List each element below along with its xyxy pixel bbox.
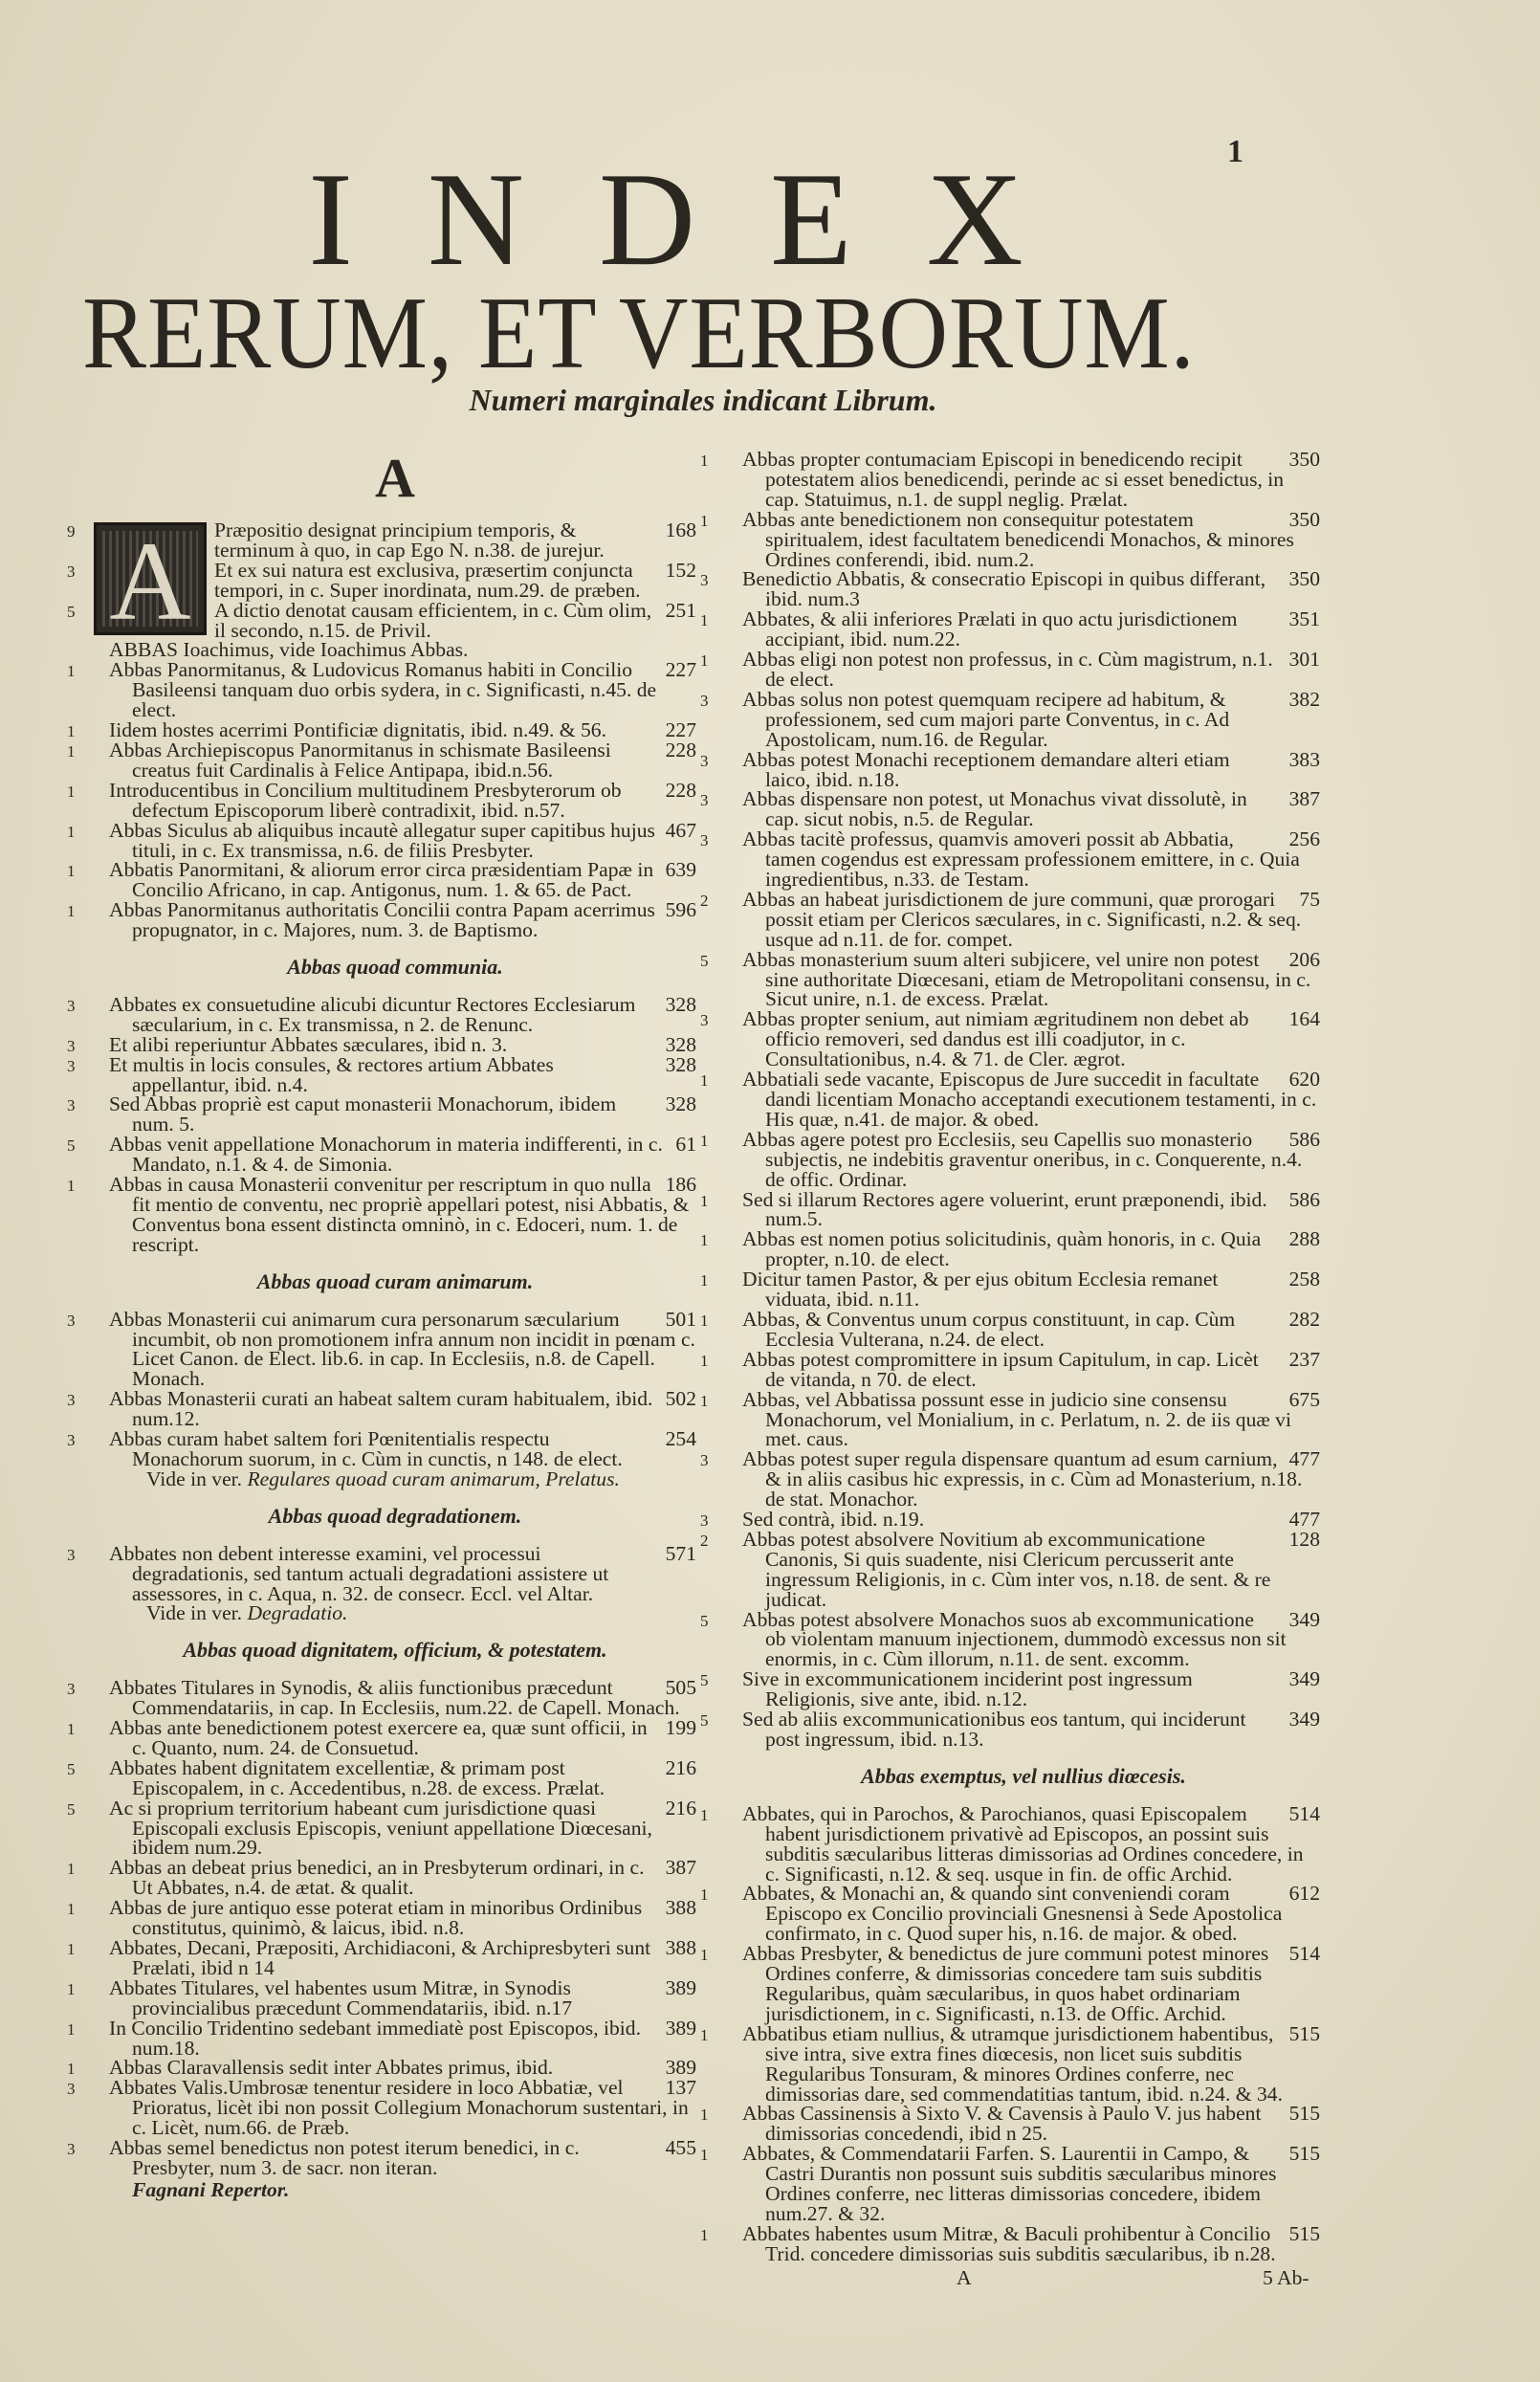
margin-book-number: 1: [700, 2106, 709, 2126]
page-reference: 389: [666, 2058, 696, 2078]
margin-book-number: 1: [700, 1071, 709, 1092]
entry-text: Abbas potest Monachi receptionem demanda…: [742, 748, 1230, 791]
page-reference: 514: [1289, 1944, 1320, 1964]
margin-book-number: 2: [700, 1532, 709, 1552]
index-entry: 3137Abbates Valis.Umbrosæ tenentur resid…: [94, 2078, 696, 2138]
index-entry: 5216Abbates habent dignitatem excellenti…: [94, 1758, 696, 1798]
index-entry: 1586Sed si illarum Rectores agere voluer…: [727, 1190, 1320, 1230]
index-entry: 1515Abbatibus etiam nullius, & utramque …: [727, 2024, 1320, 2105]
margin-book-number: 1: [700, 1946, 709, 1966]
page-reference: 186: [666, 1175, 696, 1195]
index-entry: 3328Et multis in locis consules, & recto…: [94, 1055, 696, 1095]
entry-text: Abbas Siculus ab aliquibus incautè alleg…: [109, 819, 655, 862]
margin-book-number: 1: [67, 862, 76, 882]
index-entry: 1228Introducentibus in Concilium multitu…: [94, 781, 696, 821]
margin-book-number: 1: [700, 2226, 709, 2246]
entry-text: Abbas dispensare non potest, ut Monachus…: [742, 787, 1247, 830]
entry-text: Abbas semel benedictus non potest iterum…: [109, 2136, 580, 2179]
index-entry: ABBAS Ioachimus, vide Ioachimus Abbas.: [94, 640, 696, 660]
margin-book-number: 1: [67, 2020, 76, 2040]
page-reference: 137: [666, 2078, 696, 2098]
entry-text: Abbas eligi non potest non professus, in…: [742, 648, 1273, 691]
entry-text: Abbas Archiepiscopus Panormitanus in sch…: [109, 739, 611, 782]
index-entry: 5349Sed ab aliis excommunicationibus eos…: [727, 1709, 1320, 1750]
margin-book-number: 3: [67, 1312, 76, 1332]
page-reference: 389: [666, 1978, 696, 1998]
entry-text: Abbatiali sede vacante, Episcopus de Jur…: [742, 1068, 1316, 1131]
section-heading: Abbas exemptus, vel nullius diœcesis.: [727, 1767, 1320, 1787]
page-reference: 477: [1289, 1510, 1320, 1530]
entry-text: Abbas tacitè professus, quamvis amoveri …: [742, 827, 1300, 891]
index-entry: 3571Abbates non debent interesse examini…: [94, 1544, 696, 1604]
section-heading: Abbas quoad dignitatem, officium, & pote…: [94, 1641, 696, 1661]
entry-text: Abbates habent dignitatem excellentiæ, &…: [109, 1756, 605, 1799]
margin-book-number: 1: [700, 1271, 709, 1291]
entry-text: Abbas, vel Abbatissa possunt esse in jud…: [742, 1388, 1291, 1451]
entry-text: Abbatibus etiam nullius, & utramque juri…: [742, 2022, 1283, 2106]
index-entry: 1301Abbas eligi non potest non professus…: [727, 650, 1320, 690]
page-reference: 515: [1289, 2104, 1320, 2124]
margin-book-number: 1: [67, 1900, 76, 1920]
page-reference: 505: [666, 1678, 696, 1698]
entry-text: Introducentibus in Concilium multitudine…: [109, 779, 622, 822]
page-title: INDEX: [0, 153, 1540, 287]
page-reference: 328: [666, 1055, 696, 1075]
margin-book-number: 2: [700, 892, 709, 912]
index-entry: 1350Abbas propter contumaciam Episcopi i…: [727, 450, 1320, 510]
catchwords: A 5 Ab-: [727, 2268, 1320, 2297]
margin-book-number: 1: [700, 452, 709, 472]
margin-book-number: 1: [67, 1720, 76, 1740]
entry-text: Sive in excommunicationem inciderint pos…: [742, 1667, 1193, 1710]
page-reference: 586: [1289, 1190, 1320, 1210]
entry-text: Benedictio Abbatis, & consecratio Episco…: [742, 567, 1265, 610]
index-entry: 1515Abbas Cassinensis à Sixto V. & Caven…: [727, 2104, 1320, 2144]
page-reference: 349: [1289, 1709, 1320, 1730]
entry-text: Abbates, & Monachi an, & quando sint con…: [742, 1882, 1282, 1945]
page-reference: 388: [666, 1898, 696, 1918]
page-reference: 216: [666, 1758, 696, 1778]
page-reference: 455: [666, 2138, 696, 2158]
margin-book-number: 3: [67, 1680, 76, 1700]
page-reference: 389: [666, 2018, 696, 2039]
entry-text: Abbates, & alii inferiores Prælati in qu…: [742, 607, 1238, 651]
index-entry: 1350Abbas ante benedictionem non consequ…: [727, 510, 1320, 570]
page-reference: 502: [666, 1389, 696, 1409]
entry-text: Sed si illarum Rectores agere voluerint,…: [742, 1188, 1267, 1231]
margin-book-number: 1: [700, 651, 709, 672]
section-heading: Abbas quoad curam animarum.: [94, 1272, 696, 1292]
margin-book-number: 1: [700, 1132, 709, 1152]
page-reference: 349: [1289, 1610, 1320, 1630]
page-reference: 501: [666, 1310, 696, 1330]
margin-book-number: 1: [700, 1392, 709, 1412]
index-entry: 3387Abbas dispensare non potest, ut Mona…: [727, 789, 1320, 829]
entry-text: Abbas propter senium, aut nimiam ægritud…: [742, 1007, 1249, 1070]
entry-text: Abbas monasterium suum alteri subjicere,…: [742, 948, 1310, 1011]
margin-book-number: 1: [700, 1806, 709, 1826]
margin-book-number: 1: [67, 662, 76, 682]
margin-book-number: 1: [67, 783, 76, 803]
page-reference: 383: [1289, 750, 1320, 770]
section-heading: Abbas quoad degradationem.: [94, 1507, 696, 1527]
margin-book-number: 1: [67, 823, 76, 843]
page-reference: 620: [1289, 1070, 1320, 1090]
page-reference: 639: [666, 860, 696, 880]
entry-text: Abbas de jure antiquo esse poterat etiam…: [109, 1896, 642, 1939]
footer-signature: Fagnani Repertor.: [94, 2180, 696, 2200]
index-entry: 1515Abbates, & Commendatarii Farfen. S. …: [727, 2144, 1320, 2224]
index-entry: 3152Et ex sui natura est exclusiva, præs…: [94, 561, 696, 601]
index-entry: 1389Abbas Claravallensis sedit inter Abb…: [94, 2058, 696, 2078]
index-entry: 1258Dicitur tamen Pastor, & per ejus obi…: [727, 1269, 1320, 1310]
margin-book-number: 3: [700, 1451, 709, 1471]
page-reference: 227: [666, 660, 696, 680]
page-reference: 227: [666, 720, 696, 740]
margin-book-number: 3: [67, 1096, 76, 1116]
index-entry: 1514Abbas Presbyter, & benedictus de jur…: [727, 1944, 1320, 2024]
index-entry: 1388Abbas de jure antiquo esse poterat e…: [94, 1898, 696, 1938]
margin-book-number: 3: [67, 1391, 76, 1411]
entry-text: Abbas curam habet saltem fori Pœnitentia…: [109, 1427, 623, 1470]
index-entry: 3382Abbas solus non potest quemquam reci…: [727, 690, 1320, 750]
margin-book-number: 5: [67, 1800, 76, 1820]
letter-heading: A: [94, 450, 696, 507]
page-reference: 216: [666, 1798, 696, 1819]
entry-text: Abbates, & Commendatarii Farfen. S. Laur…: [742, 2142, 1276, 2225]
page-reference: 387: [1289, 789, 1320, 809]
page-reference: 350: [1289, 510, 1320, 530]
entry-text: Abbas, & Conventus unum corpus constituu…: [742, 1308, 1235, 1351]
entry-text: Abbas an habeat jurisdictionem de jure c…: [742, 888, 1301, 951]
entry-text: Sed ab aliis excommunicationibus eos tan…: [742, 1708, 1246, 1751]
page-reference: 350: [1289, 450, 1320, 470]
page-reference: 237: [1289, 1350, 1320, 1370]
page-reference: 586: [1289, 1130, 1320, 1150]
margin-book-number: 3: [67, 1546, 76, 1566]
index-entry: 1596Abbas Panormitanus authoritatis Conc…: [94, 900, 696, 940]
entry-text: Abbas Monasterii cui animarum cura perso…: [109, 1308, 695, 1391]
margin-book-number: 1: [67, 722, 76, 742]
margin-book-number: 1: [67, 1860, 76, 1880]
entry-text: Abbates Valis.Umbrosæ tenentur residere …: [109, 2076, 689, 2139]
entry-text: Abbates Titulares, vel habentes usum Mit…: [109, 1976, 572, 2019]
index-entry: 3254Abbas curam habet saltem fori Pœnite…: [94, 1429, 696, 1469]
page-subtitle: RERUM, ET VERBORUM.: [65, 282, 1213, 386]
index-entry: 3350Benedictio Abbatis, & consecratio Ep…: [727, 569, 1320, 609]
margin-book-number: 5: [67, 1760, 76, 1780]
entry-text: Abbas potest compromittere in ipsum Capi…: [742, 1348, 1259, 1391]
page-reference: 328: [666, 1094, 696, 1114]
page-reference: 350: [1289, 569, 1320, 589]
intro-block: A 9168Præpositio designat principium tem…: [94, 520, 696, 640]
margin-book-number: 3: [67, 562, 76, 583]
entry-text: Abbas venit appellatione Monachorum in m…: [109, 1133, 663, 1176]
index-entry: 3328Abbates ex consuetudine alicubi dicu…: [94, 995, 696, 1035]
page-reference: 128: [1289, 1530, 1320, 1550]
page-reference: 168: [666, 520, 696, 540]
margin-book-number: 5: [700, 1612, 709, 1632]
margin-book-number: 3: [700, 692, 709, 712]
index-entry: 2128Abbas potest absolvere Novitium ab e…: [727, 1530, 1320, 1610]
entry-text: Et ex sui natura est exclusiva, præserti…: [214, 559, 641, 602]
margin-book-number: 1: [700, 2146, 709, 2166]
margin-book-number: 1: [67, 902, 76, 922]
page-reference: 282: [1289, 1310, 1320, 1330]
entry-text: In Concilio Tridentino sedebant immediat…: [109, 2017, 641, 2060]
margin-book-number: 1: [67, 742, 76, 762]
page-reference: 301: [1289, 650, 1320, 670]
entry-text: Abbates, qui in Parochos, & Parochianos,…: [742, 1802, 1304, 1886]
entry-text: Abbas Cassinensis à Sixto V. & Cavensis …: [742, 2102, 1261, 2145]
margin-book-number: 1: [67, 2060, 76, 2080]
entry-text: Abbas ante benedictionem potest exercere…: [109, 1716, 648, 1759]
index-entry: 9168Præpositio designat principium tempo…: [94, 520, 696, 561]
margin-book-number: 1: [67, 1980, 76, 2000]
index-entry: 5349Sive in excommunicationem inciderint…: [727, 1669, 1320, 1709]
entry-text: Abbates non debent interesse examini, ve…: [109, 1542, 608, 1605]
index-entry: 3383Abbas potest Monachi receptionem dem…: [727, 750, 1320, 790]
entry-text: Abbatis Panormitani, & aliorum error cir…: [109, 858, 653, 901]
margin-book-number: 3: [67, 1037, 76, 1057]
index-entry: 3477Abbas potest super regula dispensare…: [727, 1449, 1320, 1510]
index-entry: 1387Abbas an debeat prius benedici, an i…: [94, 1858, 696, 1898]
index-entry: 5206Abbas monasterium suum alteri subjic…: [727, 950, 1320, 1010]
margin-book-number: 1: [700, 611, 709, 631]
index-entry: 3501Abbas Monasterii cui animarum cura p…: [94, 1310, 696, 1390]
margin-book-number: 3: [67, 2140, 76, 2160]
entry-text: Abbas ante benedictionem non consequitur…: [742, 508, 1294, 571]
margin-book-number: 5: [700, 1711, 709, 1731]
margin-book-number: 1: [700, 1231, 709, 1251]
entry-text: Et multis in locis consules, & rectores …: [109, 1053, 554, 1096]
index-entry: 561Abbas venit appellatione Monachorum i…: [94, 1135, 696, 1175]
index-entry: 3328Et alibi reperiuntur Abbates sæcular…: [94, 1035, 696, 1055]
margin-book-number: 9: [67, 522, 76, 542]
entry-text: Dicitur tamen Pastor, & per ejus obitum …: [742, 1268, 1218, 1311]
margin-book-number: 3: [67, 997, 76, 1017]
page-reference: 596: [666, 900, 696, 920]
page-reference: 228: [666, 740, 696, 761]
left-column: A A 9168Præpositio designat principium t…: [94, 450, 696, 2200]
margin-book-number: 1: [700, 1312, 709, 1332]
margin-book-number: 3: [700, 791, 709, 811]
page-reference: 387: [666, 1858, 696, 1878]
index-entry: 1612Abbates, & Monachi an, & quando sint…: [727, 1884, 1320, 1944]
index-entry: 1639Abbatis Panormitani, & aliorum error…: [94, 860, 696, 900]
entry-text: Abbas Presbyter, & benedictus de jure co…: [742, 1942, 1268, 2025]
page-reference: 388: [666, 1938, 696, 1958]
page-reference: 328: [666, 995, 696, 1015]
margin-book-number: 5: [700, 1671, 709, 1691]
page-reference: 515: [1289, 2024, 1320, 2044]
index-entry: 1515Abbates habentes usum Mitræ, & Bacul…: [727, 2224, 1320, 2264]
entry-text: Abbates habentes usum Mitræ, & Baculi pr…: [742, 2222, 1276, 2265]
entry-text: Abbas solus non potest quemquam recipere…: [742, 688, 1229, 751]
margin-book-number: 5: [700, 952, 709, 972]
index-entry: 1227Iidem hostes acerrimi Pontificiæ dig…: [94, 720, 696, 740]
index-entry: 1467Abbas Siculus ab aliquibus incautè a…: [94, 821, 696, 861]
entry-text: Abbas Monasterii curati an habeat saltem…: [109, 1387, 652, 1430]
index-entry: 1586Abbas agere potest pro Ecclesiis, se…: [727, 1130, 1320, 1190]
index-entry: 275Abbas an habeat jurisdictionem de jur…: [727, 890, 1320, 950]
page-reference: 571: [666, 1544, 696, 1564]
index-entry: 1675Abbas, vel Abbatissa possunt esse in…: [727, 1390, 1320, 1450]
see-also-reference: Vide in ver. Regulares quoad curam anima…: [94, 1469, 696, 1489]
page-reference: 254: [666, 1429, 696, 1449]
index-entry: 3328Sed Abbas propriè est caput monaster…: [94, 1094, 696, 1135]
margin-book-number: 3: [67, 2080, 76, 2100]
index-entry: 1351Abbates, & alii inferiores Prælati i…: [727, 609, 1320, 650]
margin-book-number: 1: [700, 1352, 709, 1372]
abbas-entries: ABBAS Ioachimus, vide Ioachimus Abbas.12…: [94, 640, 696, 940]
margin-book-number: 1: [700, 1192, 709, 1212]
entry-text: A dictio denotat causam efficientem, in …: [214, 599, 651, 642]
intro-entries: 9168Præpositio designat principium tempo…: [94, 520, 696, 640]
entry-text: Ac si proprium territorium habeant cum j…: [109, 1797, 652, 1860]
page-reference: 382: [1289, 690, 1320, 710]
entry-text: Abbas Panormitanus, & Ludovicus Romanus …: [109, 658, 656, 721]
right-entries: 1350Abbas propter contumaciam Episcopi i…: [727, 450, 1320, 1750]
margin-book-number: 3: [700, 752, 709, 772]
page-reference: 467: [666, 821, 696, 841]
index-entry: 1282Abbas, & Conventus unum corpus const…: [727, 1310, 1320, 1350]
right-column: 1350Abbas propter contumaciam Episcopi i…: [727, 450, 1320, 2297]
page-reference: 164: [1289, 1009, 1320, 1029]
index-entry: 1227Abbas Panormitanus, & Ludovicus Roma…: [94, 660, 696, 720]
index-entry: 3502Abbas Monasterii curati an habeat sa…: [94, 1389, 696, 1429]
index-entry: 1288Abbas est nomen potius solicitudinis…: [727, 1229, 1320, 1269]
page-reference: 228: [666, 781, 696, 801]
margin-book-number: 1: [67, 1940, 76, 1960]
catchword: 5 Ab-: [1263, 2268, 1309, 2288]
index-entry: 1388Abbates, Decani, Præpositi, Archidia…: [94, 1938, 696, 1978]
page-reference: 152: [666, 561, 696, 581]
section-heading: Abbas quoad communia.: [94, 958, 696, 978]
index-entry: 3164Abbas propter senium, aut nimiam ægr…: [727, 1009, 1320, 1070]
margin-book-number: 3: [700, 571, 709, 591]
index-entry: 5251A dictio denotat causam efficientem,…: [94, 601, 696, 641]
page-reference: 515: [1289, 2224, 1320, 2244]
margin-book-number: 1: [700, 512, 709, 532]
page-reference: 349: [1289, 1669, 1320, 1689]
entry-text: Abbas propter contumaciam Episcopi in be…: [742, 448, 1284, 511]
page-reference: 199: [666, 1718, 696, 1738]
page-reference: 61: [675, 1135, 696, 1155]
entry-text: Abbas potest absolvere Monachos suos ab …: [742, 1608, 1287, 1671]
page-reference: 477: [1289, 1449, 1320, 1469]
page-reference: 251: [666, 601, 696, 621]
index-entry: 1228Abbas Archiepiscopus Panormitanus in…: [94, 740, 696, 781]
right-section-entries: 1514Abbates, qui in Parochos, & Parochia…: [727, 1804, 1320, 2264]
index-entry: 1237Abbas potest compromittere in ipsum …: [727, 1350, 1320, 1390]
left-sections: Abbas quoad communia.3328Abbates ex cons…: [94, 958, 696, 2178]
index-entry: 1186Abbas in causa Monasterii convenitur…: [94, 1175, 696, 1255]
index-entry: 5216Ac si proprium territorium habeant c…: [94, 1798, 696, 1859]
page-reference: 351: [1289, 609, 1320, 629]
margin-book-number: 3: [67, 1431, 76, 1451]
index-entry: 3256Abbas tacitè professus, quamvis amov…: [727, 829, 1320, 890]
page-reference: 515: [1289, 2144, 1320, 2164]
entry-text: Abbates Titulares in Synodis, & aliis fu…: [109, 1676, 680, 1719]
page-note: Numeri marginales indicant Librum.: [0, 383, 1540, 418]
entry-text: Abbates ex consuetudine alicubi dicuntur…: [109, 993, 635, 1036]
margin-book-number: 1: [700, 2026, 709, 2046]
index-entry: 3505Abbates Titulares in Synodis, & alii…: [94, 1678, 696, 1718]
page-reference: 675: [1289, 1390, 1320, 1410]
index-entry: 1514Abbates, qui in Parochos, & Parochia…: [727, 1804, 1320, 1885]
see-also-reference: Vide in ver. Degradatio.: [94, 1603, 696, 1623]
margin-book-number: 3: [700, 831, 709, 851]
page-reference: 514: [1289, 1804, 1320, 1824]
margin-book-number: 5: [67, 603, 76, 623]
margin-book-number: 3: [700, 1511, 709, 1532]
page-reference: 75: [1299, 890, 1320, 910]
index-entry: 5349Abbas potest absolvere Monachos suos…: [727, 1610, 1320, 1670]
index-entry: 1199Abbas ante benedictionem potest exer…: [94, 1718, 696, 1758]
entry-text: Abbas agere potest pro Ecclesiis, seu Ca…: [742, 1128, 1302, 1191]
page-reference: 288: [1289, 1229, 1320, 1249]
index-entry: 1389Abbates Titulares, vel habentes usum…: [94, 1978, 696, 2018]
page-reference: 328: [666, 1035, 696, 1055]
entry-text: Abbates, Decani, Præpositi, Archidiaconi…: [109, 1936, 650, 1979]
index-entry: 1620Abbatiali sede vacante, Episcopus de…: [727, 1070, 1320, 1130]
index-entry: 1389In Concilio Tridentino sedebant imme…: [94, 2018, 696, 2059]
margin-book-number: 3: [700, 1011, 709, 1031]
margin-book-number: 1: [700, 1886, 709, 1906]
signature-mark: A: [957, 2268, 972, 2288]
margin-book-number: 3: [67, 1057, 76, 1077]
entry-text: Abbas Panormitanus authoritatis Concilii…: [109, 898, 655, 941]
page-reference: 206: [1289, 950, 1320, 970]
entry-text: Abbas in causa Monasterii convenitur per…: [109, 1173, 689, 1256]
entry-text: Præpositio designat principium temporis,…: [214, 518, 605, 562]
page-reference: 258: [1289, 1269, 1320, 1290]
page-reference: 256: [1289, 829, 1320, 849]
page-reference: 612: [1289, 1884, 1320, 1904]
entry-text: Sed Abbas propriè est caput monasterii M…: [109, 1092, 616, 1136]
index-entry: 3477Sed contrà, ibid. n.19.: [727, 1510, 1320, 1530]
entry-text: Abbas est nomen potius solicitudinis, qu…: [742, 1227, 1261, 1270]
margin-book-number: 1: [67, 1177, 76, 1197]
index-entry: 3455Abbas semel benedictus non potest it…: [94, 2138, 696, 2178]
entry-text: Abbas potest super regula dispensare qua…: [742, 1447, 1302, 1511]
entry-text: Abbas potest absolvere Novitium ab excom…: [742, 1528, 1270, 1611]
margin-book-number: 5: [67, 1136, 76, 1157]
entry-text: Abbas an debeat prius benedici, an in Pr…: [109, 1856, 644, 1899]
